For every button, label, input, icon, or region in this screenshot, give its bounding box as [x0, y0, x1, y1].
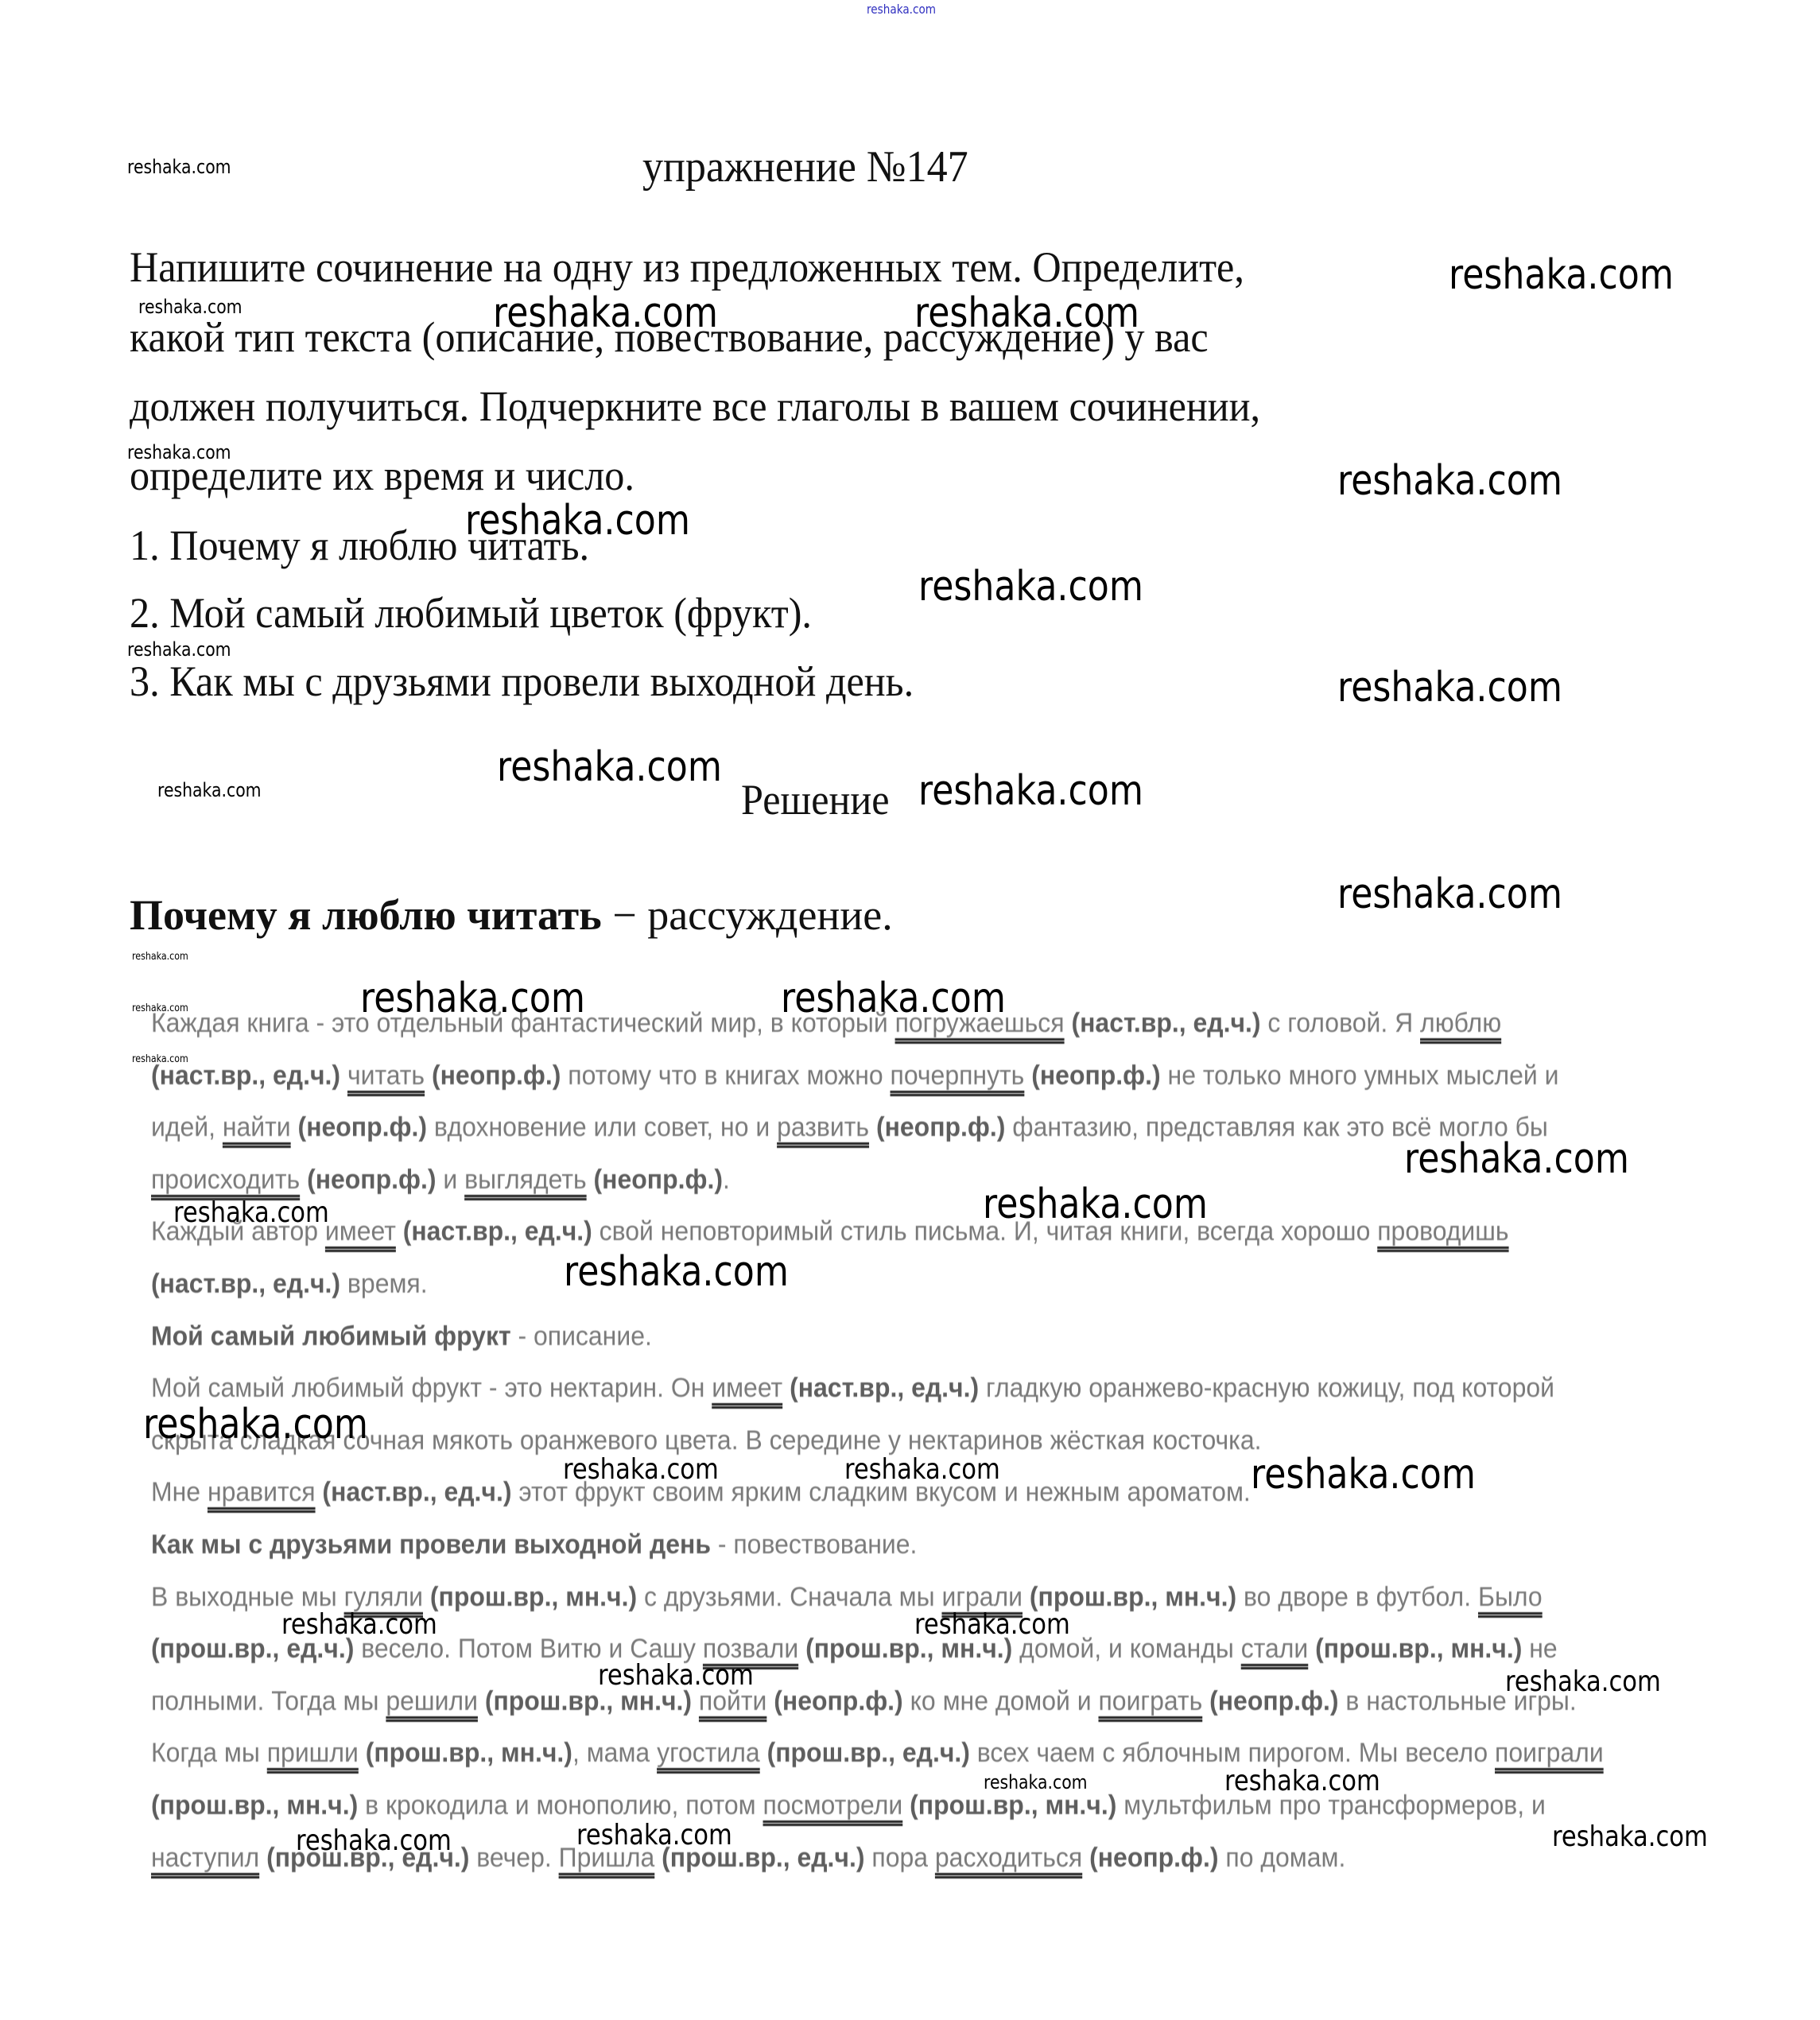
task-line: должен получиться. Подчеркните все глаго… — [130, 382, 1260, 431]
watermark: reshaka.com — [918, 767, 1143, 815]
watermark: reshaka.com — [844, 1453, 1000, 1486]
watermark: reshaka.com — [173, 1196, 329, 1229]
grammar-note: (неопр.ф.) — [594, 1165, 723, 1195]
watermark: reshaka.com — [564, 1248, 789, 1296]
text-run — [798, 1634, 805, 1664]
text-run: - повествование. — [711, 1530, 917, 1560]
solution-line: идей, найти (неопр.ф.) вдохновение или с… — [151, 1112, 1548, 1143]
underlined-verb: имеет — [325, 1216, 396, 1247]
watermark: reshaka.com — [1337, 664, 1562, 711]
watermark: reshaka.com — [563, 1453, 719, 1486]
text-run — [396, 1216, 403, 1247]
solution-line: Как мы с друзьями провели выходной день … — [151, 1530, 917, 1561]
grammar-note: (неопр.ф.) — [876, 1112, 1005, 1142]
underlined-verb: гуляли — [344, 1582, 423, 1612]
grammar-note: (неопр.ф.) — [1209, 1686, 1338, 1716]
text-run: пора — [865, 1843, 935, 1873]
text-run: ко мне домой и — [903, 1686, 1099, 1716]
text-run — [869, 1112, 876, 1142]
text-run: , мама — [572, 1738, 657, 1768]
text-run — [359, 1738, 366, 1768]
solution-heading: Почему я люблю читать − рассуждение. — [130, 890, 893, 940]
watermark: reshaka.com — [497, 743, 722, 791]
grammar-note: Мой самый любимый фрукт — [151, 1321, 511, 1351]
text-run — [587, 1165, 594, 1195]
solution-line: происходить (неопр.ф.) и выглядеть (неоп… — [151, 1165, 730, 1196]
underlined-verb: люблю — [1420, 1008, 1501, 1038]
underlined-verb: поиграли — [1495, 1738, 1604, 1768]
underlined-verb: решили — [386, 1686, 478, 1716]
text-run — [316, 1477, 323, 1507]
watermark: reshaka.com — [918, 563, 1143, 611]
text-run — [766, 1686, 774, 1716]
grammar-note: (неопр.ф.) — [432, 1060, 561, 1091]
grammar-note: (наст.вр., ед.ч.) — [322, 1477, 511, 1507]
text-run: вдохновение или совет, но и — [427, 1112, 777, 1142]
watermark: reshaka.com — [1251, 1451, 1476, 1499]
watermark: reshaka.com — [132, 1053, 188, 1065]
underlined-verb: расходиться — [935, 1843, 1082, 1873]
heading-type: − рассуждение. — [602, 891, 893, 939]
grammar-note: (прош.вр., ед.ч.) — [767, 1738, 970, 1768]
underlined-verb: проводишь — [1377, 1216, 1508, 1247]
watermark: reshaka.com — [132, 951, 188, 963]
watermark: reshaka.com — [1337, 457, 1562, 505]
text-run — [259, 1843, 266, 1873]
underlined-verb: происходить — [151, 1165, 300, 1195]
text-run: во дворе в футбол. — [1236, 1582, 1478, 1612]
text-run — [1202, 1686, 1209, 1716]
underlined-verb: имеет — [712, 1373, 782, 1403]
text-run: по домам. — [1219, 1843, 1346, 1873]
underlined-verb: Было — [1478, 1582, 1543, 1612]
topic-item: 2. Мой самый любимый цветок (фрукт). — [130, 588, 812, 638]
solution-line: полными. Тогда мы решили (прош.вр., мн.ч… — [151, 1686, 1577, 1717]
heading-topic: Почему я люблю читать — [130, 891, 602, 939]
underlined-verb: наступил — [151, 1843, 259, 1873]
grammar-note: (прош.вр., мн.ч.) — [151, 1790, 358, 1820]
text-run: - описание. — [511, 1321, 652, 1351]
text-run — [902, 1790, 910, 1820]
underlined-verb: почерпнуть — [891, 1060, 1025, 1091]
text-run: с друзьями. Сначала мы — [637, 1582, 941, 1612]
grammar-note: (прош.вр., мн.ч.) — [366, 1738, 572, 1768]
grammar-note: (прош.вр., мн.ч.) — [910, 1790, 1116, 1820]
watermark: reshaka.com — [132, 1002, 188, 1014]
watermark: reshaka.com — [914, 289, 1139, 337]
underlined-verb: выглядеть — [464, 1165, 587, 1195]
watermark: reshaka.com — [127, 638, 231, 661]
watermark: reshaka.com — [1224, 1765, 1380, 1797]
grammar-note: (неопр.ф.) — [774, 1686, 902, 1716]
underlined-verb: развить — [777, 1112, 869, 1142]
text-run — [478, 1686, 485, 1716]
text-run: Мой самый любимый фрукт - это нектарин. … — [151, 1373, 712, 1403]
text-run — [782, 1373, 790, 1403]
watermark: reshaka.com — [1505, 1665, 1661, 1698]
text-run — [291, 1112, 298, 1142]
watermark: reshaka.com — [1449, 251, 1674, 299]
solution-line: Каждый автор имеет (наст.вр., ед.ч.) сво… — [151, 1216, 1509, 1247]
watermark: reshaka.com — [127, 156, 231, 178]
watermark: reshaka.com — [1552, 1820, 1708, 1853]
text-run — [1308, 1634, 1315, 1664]
watermark: reshaka.com — [296, 1824, 452, 1857]
watermark: reshaka.com — [914, 1608, 1070, 1641]
watermark: reshaka.com — [493, 289, 718, 337]
text-run: всех чаем с яблочным пирогом. Мы весело — [970, 1738, 1495, 1768]
solution-line: (наст.вр., ед.ч.) читать (неопр.ф.) пото… — [151, 1060, 1559, 1091]
underlined-verb: нравится — [208, 1477, 316, 1507]
text-run: и — [437, 1165, 465, 1195]
grammar-note: (неопр.ф.) — [307, 1165, 436, 1195]
underlined-verb: стали — [1241, 1634, 1309, 1664]
text-run — [1024, 1060, 1031, 1091]
watermark: reshaka.com — [465, 497, 690, 545]
underlined-verb: играли — [941, 1582, 1023, 1612]
underlined-verb: посмотрели — [763, 1790, 903, 1820]
solution-line: Мой самый любимый фрукт - описание. — [151, 1321, 652, 1352]
text-run: не только много умных мыслей и — [1161, 1060, 1559, 1091]
text-run: время. — [340, 1269, 428, 1299]
topic-item: 3. Как мы с друзьями провели выходной де… — [130, 657, 914, 706]
text-run — [340, 1060, 347, 1091]
watermark: reshaka.com — [984, 1771, 1088, 1793]
text-run — [760, 1738, 767, 1768]
grammar-note: (прош.вр., мн.ч.) — [1030, 1582, 1236, 1612]
watermark: reshaka.com — [138, 296, 243, 318]
watermark: reshaka.com — [781, 975, 1006, 1022]
grammar-note: (неопр.ф.) — [1089, 1843, 1218, 1873]
watermark: reshaka.com — [1337, 870, 1562, 918]
watermark: reshaka.com — [598, 1659, 754, 1692]
underlined-verb: поиграть — [1098, 1686, 1202, 1716]
text-run — [300, 1165, 307, 1195]
solution-line: Когда мы пришли (прош.вр., мн.ч.), мама … — [151, 1738, 1604, 1769]
task-line: Напишите сочинение на одну из предложенн… — [130, 242, 1244, 292]
watermark: reshaka.com — [867, 2, 936, 17]
text-run: Когда мы — [151, 1738, 267, 1768]
exercise-title: упражнение №147 — [642, 142, 968, 192]
solution-label: Решение — [741, 775, 890, 824]
watermark: reshaka.com — [983, 1181, 1208, 1228]
grammar-note: (прош.вр., мн.ч.) — [430, 1582, 637, 1612]
text-run: полными. Тогда мы — [151, 1686, 386, 1716]
text-run: гладкую оранжево-красную кожицу, под кот… — [979, 1373, 1554, 1403]
watermark: reshaka.com — [360, 975, 585, 1022]
watermark: reshaka.com — [281, 1608, 437, 1641]
text-run: с головой. Я — [1261, 1008, 1421, 1038]
grammar-note: (прош.вр., мн.ч.) — [1315, 1634, 1522, 1664]
text-run: . — [723, 1165, 730, 1195]
underlined-verb: читать — [347, 1060, 425, 1091]
underlined-verb: угостила — [657, 1738, 760, 1768]
text-run: В выходные мы — [151, 1582, 344, 1612]
grammar-note: (неопр.ф.) — [1031, 1060, 1160, 1091]
text-run: идей, — [151, 1112, 223, 1142]
watermark: reshaka.com — [576, 1819, 732, 1851]
text-run: вечер. — [469, 1843, 558, 1873]
grammar-note: (наст.вр., ед.ч.) — [1071, 1008, 1260, 1038]
underlined-verb: пришли — [267, 1738, 359, 1768]
text-run — [425, 1060, 432, 1091]
watermark: reshaka.com — [127, 441, 231, 463]
watermark: reshaka.com — [1404, 1135, 1629, 1183]
watermark: reshaka.com — [143, 1401, 368, 1448]
watermark: reshaka.com — [157, 779, 262, 801]
text-run: Мне — [151, 1477, 208, 1507]
grammar-note: (неопр.ф.) — [298, 1112, 427, 1142]
grammar-note: (наст.вр., ед.ч.) — [151, 1269, 340, 1299]
solution-line: Мой самый любимый фрукт - это нектарин. … — [151, 1373, 1554, 1404]
text-run — [423, 1582, 430, 1612]
text-run: потому что в книгах можно — [561, 1060, 890, 1091]
text-run: в крокодила и монополию, потом — [358, 1790, 763, 1820]
underlined-verb: найти — [223, 1112, 291, 1142]
grammar-note: (наст.вр., ед.ч.) — [403, 1216, 592, 1247]
grammar-note: (наст.вр., ед.ч.) — [790, 1373, 979, 1403]
grammar-note: Как мы с друзьями провели выходной день — [151, 1530, 711, 1560]
solution-line: (наст.вр., ед.ч.) время. — [151, 1269, 428, 1300]
text-run: не — [1522, 1634, 1557, 1664]
